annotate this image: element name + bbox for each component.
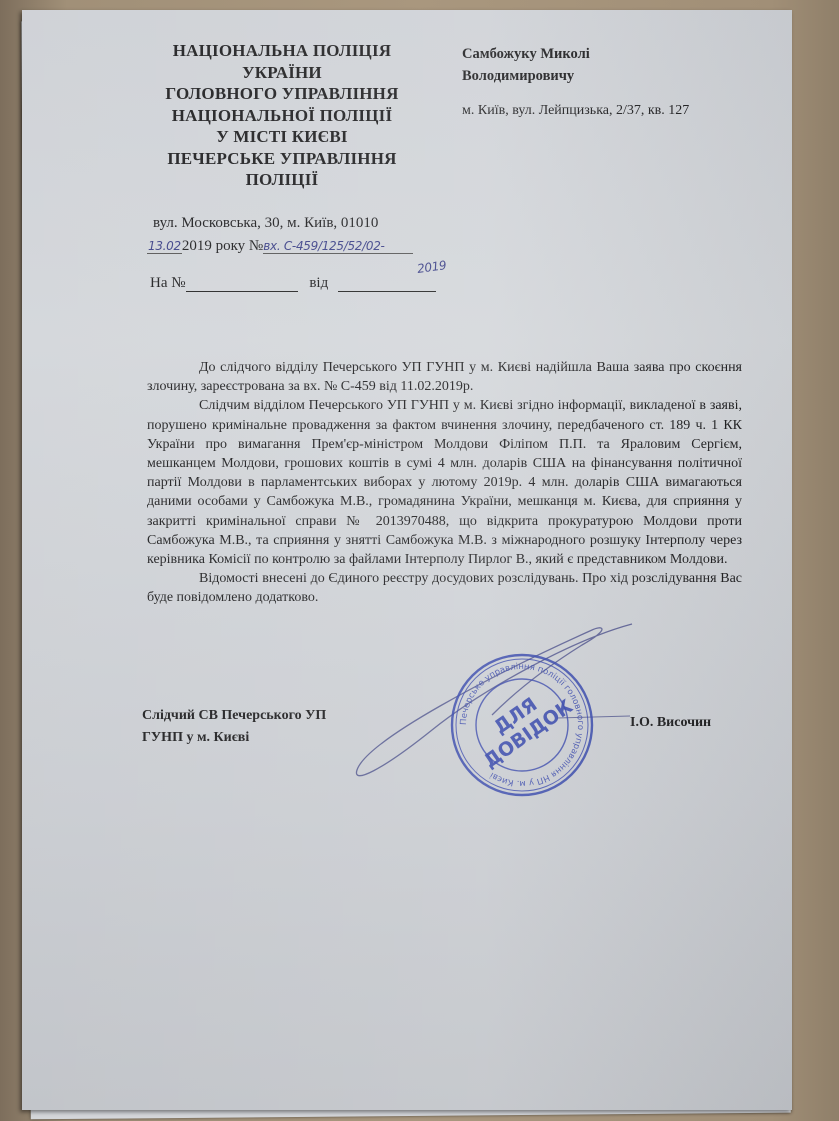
issuer-line: ПОЛІЦІЇ bbox=[142, 169, 422, 191]
recipient-name-line: Володимировичу bbox=[462, 65, 590, 87]
issuer-address: вул. Московська, 30, м. Київ, 01010 bbox=[153, 215, 378, 232]
recipient-address: м. Київ, вул. Лейпцизька, 2/37, кв. 127 bbox=[462, 103, 689, 119]
letter-page: НАЦІОНАЛЬНА ПОЛІЦІЯ УКРАЇНИ ГОЛОВНОГО УП… bbox=[22, 10, 792, 1110]
issuer-line: НАЦІОНАЛЬНОЇ ПОЛІЦІЇ bbox=[142, 105, 422, 127]
signer-name: І.О. Височин bbox=[630, 715, 711, 731]
year-label: 2019 року № bbox=[182, 238, 263, 254]
issuer-line: УКРАЇНИ bbox=[142, 62, 422, 84]
from-label: від bbox=[309, 275, 328, 291]
body-paragraph: Відомості внесені до Єдиного реєстру дос… bbox=[147, 569, 742, 607]
handwritten-number: вх. С-459/125/52/02- bbox=[263, 239, 413, 254]
issuer-line: НАЦІОНАЛЬНА ПОЛІЦІЯ bbox=[142, 40, 422, 62]
letter-body: До слідчого відділу Печерського УП ГУНП … bbox=[147, 358, 742, 608]
issuer-line: У МІСТІ КИЄВІ bbox=[142, 126, 422, 148]
from-blank bbox=[338, 277, 436, 292]
recipient-name-line: Самбожуку Миколі bbox=[462, 43, 590, 65]
recipient-name: Самбожуку Миколі Володимировичу bbox=[462, 43, 590, 87]
signer-title: Слідчий СВ Печерського УП ГУНП у м. Києв… bbox=[142, 705, 326, 749]
in-reply-label: На № bbox=[150, 275, 186, 291]
handwritten-date: 13.02 bbox=[147, 239, 182, 254]
body-paragraph: До слідчого відділу Печерського УП ГУНП … bbox=[147, 358, 742, 396]
outgoing-reference: 13.022019 року №вх. С-459/125/52/02- bbox=[147, 238, 413, 255]
in-reply-line: На № від bbox=[150, 275, 436, 292]
body-paragraph: Слідчим відділом Печерського УП ГУНП у м… bbox=[147, 396, 742, 569]
issuer-line: ПЕЧЕРСЬКЕ УПРАВЛІННЯ bbox=[142, 148, 422, 170]
issuer-line: ГОЛОВНОГО УПРАВЛІННЯ bbox=[142, 83, 422, 105]
handwritten-number-year: 2019 bbox=[416, 258, 447, 276]
signer-title-line: ГУНП у м. Києві bbox=[142, 727, 326, 749]
signer-title-line: Слідчий СВ Печерського УП bbox=[142, 705, 326, 727]
issuer-header: НАЦІОНАЛЬНА ПОЛІЦІЯ УКРАЇНИ ГОЛОВНОГО УП… bbox=[142, 40, 422, 191]
in-reply-blank bbox=[186, 277, 298, 292]
official-stamp-icon: Печерське управління поліції головного у… bbox=[447, 650, 597, 800]
